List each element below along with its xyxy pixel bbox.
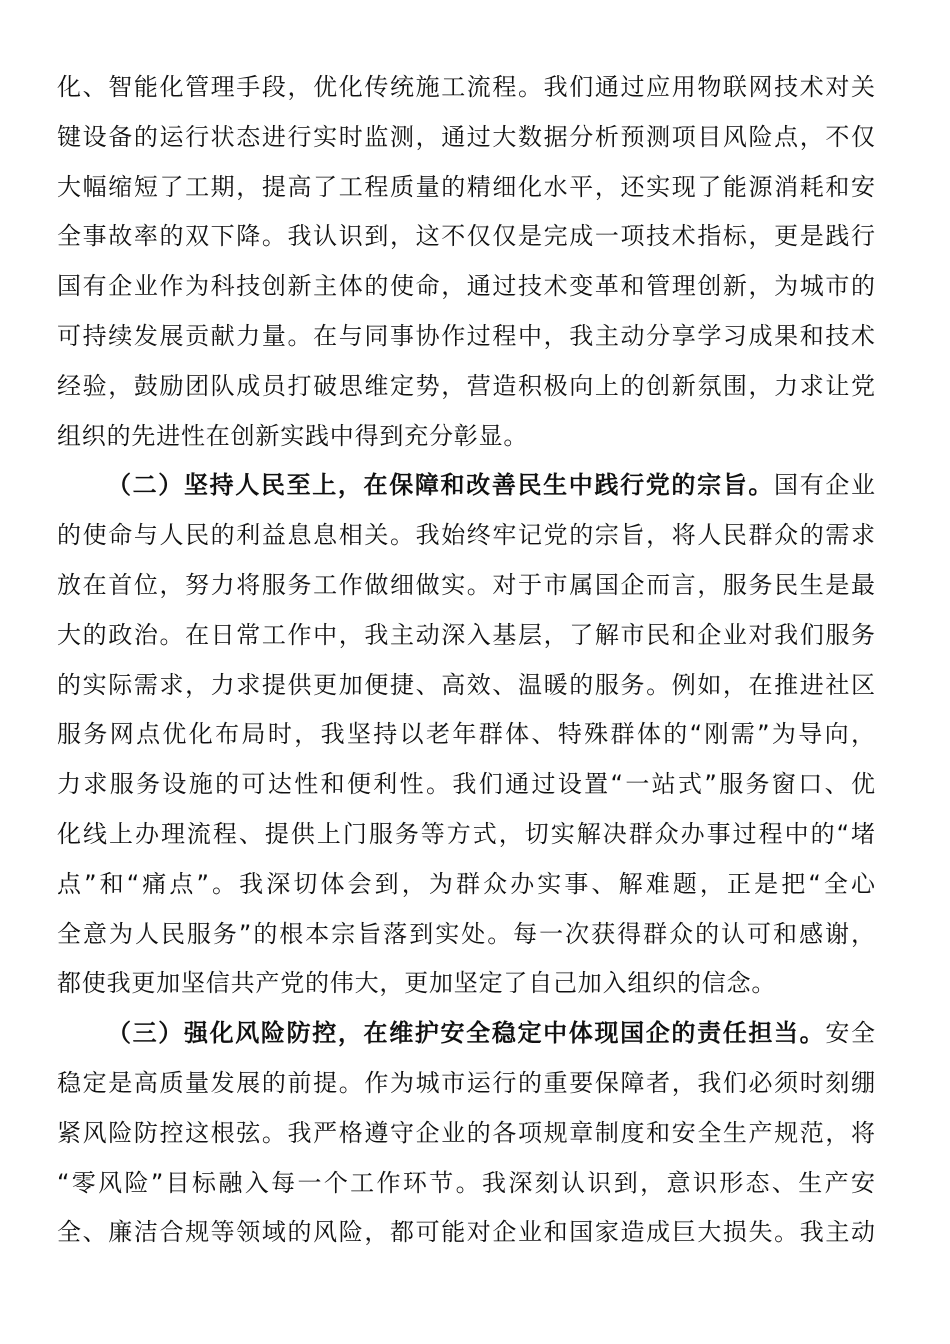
section-first-line-text: 国有企业 <box>774 471 875 499</box>
text-line: 放在首位，努力将服务工作做细做实。对于市属国企而言，服务民生是最 <box>57 561 875 611</box>
section-heading: （二）坚持人民至上，在保障和改善民生中践行党的宗旨。 <box>107 471 774 499</box>
text-line: 全意为人民服务”的根本宗旨落到实处。每一次获得群众的认可和感谢， <box>57 910 875 960</box>
section-first-line: （二）坚持人民至上，在保障和改善民生中践行党的宗旨。国有企业 <box>57 461 875 511</box>
section-first-line: （三）强化风险防控，在维护安全稳定中体现国企的责任担当。安全 <box>57 1009 875 1059</box>
text-line: 化、智能化管理手段，优化传统施工流程。我们通过应用物联网技术对关 <box>57 63 875 113</box>
text-line: 键设备的运行状态进行实时监测，通过大数据分析预测项目风险点，不仅 <box>57 113 875 163</box>
text-line: 经验，鼓励团队成员打破思维定势，营造积极向上的创新氛围，力求让党 <box>57 362 875 412</box>
text-line: 力求服务设施的可达性和便利性。我们通过设置“一站式”服务窗口、优 <box>57 760 875 810</box>
text-line: 紧风险防控这根弦。我严格遵守企业的各项规章制度和安全生产规范，将 <box>57 1109 875 1159</box>
section-heading: （三）强化风险防控，在维护安全稳定中体现国企的责任担当。 <box>107 1019 825 1047</box>
text-line: 国有企业作为科技创新主体的使命，通过技术变革和管理创新，为城市的 <box>57 262 875 312</box>
text-line: 全、廉洁合规等领域的风险，都可能对企业和国家造成巨大损失。我主动 <box>57 1208 875 1258</box>
section-first-line-text: 安全 <box>825 1019 875 1047</box>
document-page: 化、智能化管理手段，优化传统施工流程。我们通过应用物联网技术对关 键设备的运行状… <box>57 63 875 1258</box>
paragraph-innovation-continued: 化、智能化管理手段，优化传统施工流程。我们通过应用物联网技术对关 键设备的运行状… <box>57 63 875 461</box>
text-line: 大幅缩短了工期，提高了工程质量的精细化水平，还实现了能源消耗和安 <box>57 163 875 213</box>
text-line: 的使命与人民的利益息息相关。我始终牢记党的宗旨，将人民群众的需求 <box>57 511 875 561</box>
text-line: 大的政治。在日常工作中，我主动深入基层，了解市民和企业对我们服务 <box>57 611 875 661</box>
text-line: 点”和“痛点”。我深切体会到，为群众办实事、解难题，正是把“全心 <box>57 860 875 910</box>
text-line: 稳定是高质量发展的前提。作为城市运行的重要保障者，我们必须时刻绷 <box>57 1059 875 1109</box>
text-line: 可持续发展贡献力量。在与同事协作过程中，我主动分享学习成果和技术 <box>57 312 875 362</box>
section-risk-control: （三）强化风险防控，在维护安全稳定中体现国企的责任担当。安全 稳定是高质量发展的… <box>57 1009 875 1258</box>
text-line: 都使我更加坚信共产党的伟大，更加坚定了自己加入组织的信念。 <box>57 959 875 1009</box>
text-line: 全事故率的双下降。我认识到，这不仅仅是完成一项技术指标，更是践行 <box>57 212 875 262</box>
text-line: 的实际需求，力求提供更加便捷、高效、温暖的服务。例如，在推进社区 <box>57 661 875 711</box>
section-people-first: （二）坚持人民至上，在保障和改善民生中践行党的宗旨。国有企业 的使命与人民的利益… <box>57 461 875 1009</box>
text-line: 组织的先进性在创新实践中得到充分彰显。 <box>57 412 875 462</box>
text-line: 服务网点优化布局时，我坚持以老年群体、特殊群体的“刚需”为导向， <box>57 710 875 760</box>
text-line: 化线上办理流程、提供上门服务等方式，切实解决群众办事过程中的“堵 <box>57 810 875 860</box>
text-line: “零风险”目标融入每一个工作环节。我深刻认识到，意识形态、生产安 <box>57 1159 875 1209</box>
